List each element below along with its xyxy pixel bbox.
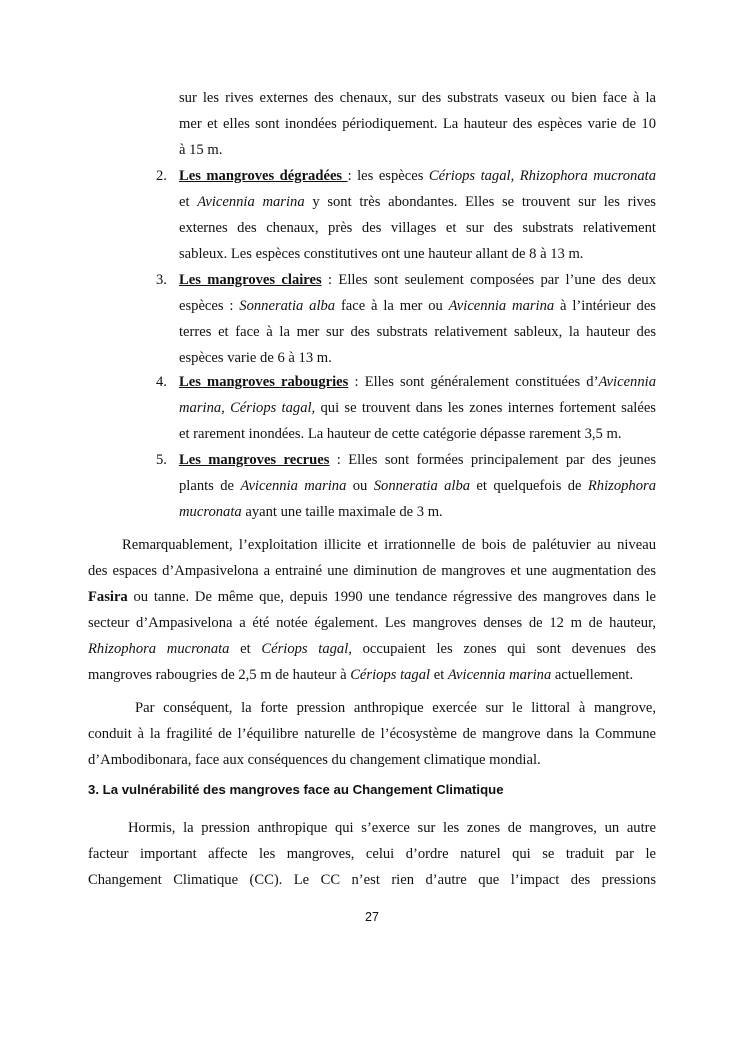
italic-species-name: mucronata (179, 504, 242, 520)
text-segment: à l’intérieur des (554, 298, 656, 314)
text-segment: Remarquablement, l’exploitation illicite… (122, 537, 656, 553)
italic-species-name: Avicennia (598, 374, 656, 390)
text-line: Les mangroves rabougries : Elles sont gé… (179, 373, 656, 391)
text-segment: des espaces d’Ampasivelona a entrainé un… (88, 563, 656, 579)
text-line: Changement Climatique (CC). Le CC n’est … (88, 871, 656, 889)
page-number: 27 (0, 910, 744, 924)
text-segment: et (179, 194, 197, 210)
text-segment: et (430, 667, 448, 683)
text-line: espèces : Sonneratia alba face à la mer … (179, 297, 656, 315)
text-segment: y sont très abondantes. Elles se trouven… (305, 194, 656, 210)
text-line: Fasira ou tanne. De même que, depuis 199… (88, 588, 656, 606)
text-line: sableux. Les espèces constitutives ont u… (179, 245, 656, 263)
list-item-title: Les mangroves dégradées (179, 168, 348, 184)
list-continuation-line: mer et elles sont inondées périodiquemen… (179, 115, 656, 133)
text-segment: et (229, 641, 261, 657)
text-segment: : Elles sont généralement constituées d’ (348, 374, 598, 390)
text-line: espèces varie de 6 à 13 m. (179, 349, 656, 367)
italic-species-name: Rhizophora mucronata (88, 641, 229, 657)
italic-species-name: Cériops tagal, Rhizophora mucronata (429, 168, 656, 184)
list-number: 4. (156, 373, 167, 391)
italic-species-name: Avicennia marina (448, 667, 551, 683)
text-segment: sableux. Les espèces constitutives ont u… (179, 246, 583, 262)
list-item-title: Les mangroves claires (179, 272, 322, 288)
text-segment: : Elles sont seulement composées par l’u… (322, 272, 656, 288)
text-line: facteur important affecte les mangroves,… (88, 845, 656, 863)
text-segment: et quelquefois de (470, 478, 588, 494)
text-line: et rarement inondées. La hauteur de cett… (179, 425, 656, 443)
text-line: des espaces d’Ampasivelona a entrainé un… (88, 562, 656, 580)
text-segment: secteur d’Ampasivelona a été notée égale… (88, 615, 656, 631)
bold-term: Fasira (88, 589, 128, 605)
italic-species-name: Avicennia marina (240, 478, 346, 494)
text-segment: externes des chenaux, près des villages … (179, 220, 656, 236)
list-number: 3. (156, 271, 167, 289)
text-line: secteur d’Ampasivelona a été notée égale… (88, 614, 656, 632)
text-line: mangroves rabougries de 2,5 m de hauteur… (88, 666, 656, 684)
text-line: Par conséquent, la forte pression anthro… (135, 699, 656, 717)
text-segment: actuellement. (551, 667, 633, 683)
text-segment: ayant une taille maximale de 3 m. (242, 504, 443, 520)
document-page: sur les rives externes des chenaux, sur … (0, 0, 744, 1053)
italic-species-name: marina, Cériops tagal, (179, 400, 315, 416)
text-line: et Avicennia marina y sont très abondant… (179, 193, 656, 211)
italic-species-name: Avicennia marina (449, 298, 555, 314)
text-segment: espèces varie de 6 à 13 m. (179, 350, 332, 366)
text-line: d’Ambodibonara, face aux conséquences du… (88, 751, 656, 769)
text-segment: espèces : (179, 298, 239, 314)
text-segment: Hormis, la pression anthropique qui s’ex… (128, 820, 656, 836)
text-line: Rhizophora mucronata et Cériops tagal, o… (88, 640, 656, 658)
text-segment: : Elles sont formées principalement par … (329, 452, 656, 468)
italic-species-name: Cériops tagal, (261, 641, 352, 657)
italic-species-name: Avicennia marina (197, 194, 304, 210)
text-segment: ou tanne. De même que, depuis 1990 une t… (128, 589, 656, 605)
text-segment: : les espèces (348, 168, 429, 184)
text-line: marina, Cériops tagal, qui se trouvent d… (179, 399, 656, 417)
list-item-title: Les mangroves recrues (179, 452, 329, 468)
italic-species-name: Rhizophora (588, 478, 656, 494)
text-segment: mangroves rabougries de 2,5 m de hauteur… (88, 667, 350, 683)
list-item-title: Les mangroves rabougries (179, 374, 348, 390)
text-line: Hormis, la pression anthropique qui s’ex… (128, 819, 656, 837)
section-heading: 3. La vulnérabilité des mangroves face a… (88, 781, 504, 799)
text-line: plants de Avicennia marina ou Sonneratia… (179, 477, 656, 495)
text-segment: d’Ambodibonara, face aux conséquences du… (88, 752, 541, 768)
text-segment: qui se trouvent dans les zones internes … (315, 400, 656, 416)
text-line: terres et face à la mer sur des substrat… (179, 323, 656, 341)
text-segment: occupaient les zones qui sont devenues d… (352, 641, 656, 657)
text-line: Remarquablement, l’exploitation illicite… (122, 536, 656, 554)
list-continuation-line: à 15 m. (179, 141, 656, 159)
text-segment: face à la mer ou (335, 298, 449, 314)
text-line: conduit à la fragilité de l’équilibre na… (88, 725, 656, 743)
text-line: externes des chenaux, près des villages … (179, 219, 656, 237)
italic-species-name: Cériops tagal (350, 667, 430, 683)
text-segment: ou (346, 478, 373, 494)
text-line: Les mangroves recrues : Elles sont formé… (179, 451, 656, 469)
text-line: Les mangroves dégradées : les espèces Cé… (179, 167, 656, 185)
italic-species-name: Sonneratia alba (374, 478, 470, 494)
text-segment: terres et face à la mer sur des substrat… (179, 324, 656, 340)
text-segment: facteur important affecte les mangroves,… (88, 846, 656, 862)
list-continuation-line: sur les rives externes des chenaux, sur … (179, 89, 656, 107)
list-number: 2. (156, 167, 167, 185)
text-segment: et rarement inondées. La hauteur de cett… (179, 426, 621, 442)
text-segment: Par conséquent, la forte pression anthro… (135, 700, 656, 716)
text-segment: Changement Climatique (CC). Le CC n’est … (88, 872, 656, 888)
text-segment: conduit à la fragilité de l’équilibre na… (88, 726, 656, 742)
text-line: mucronata ayant une taille maximale de 3… (179, 503, 656, 521)
italic-species-name: Sonneratia alba (239, 298, 335, 314)
list-number: 5. (156, 451, 167, 469)
text-line: Les mangroves claires : Elles sont seule… (179, 271, 656, 289)
text-segment: plants de (179, 478, 240, 494)
